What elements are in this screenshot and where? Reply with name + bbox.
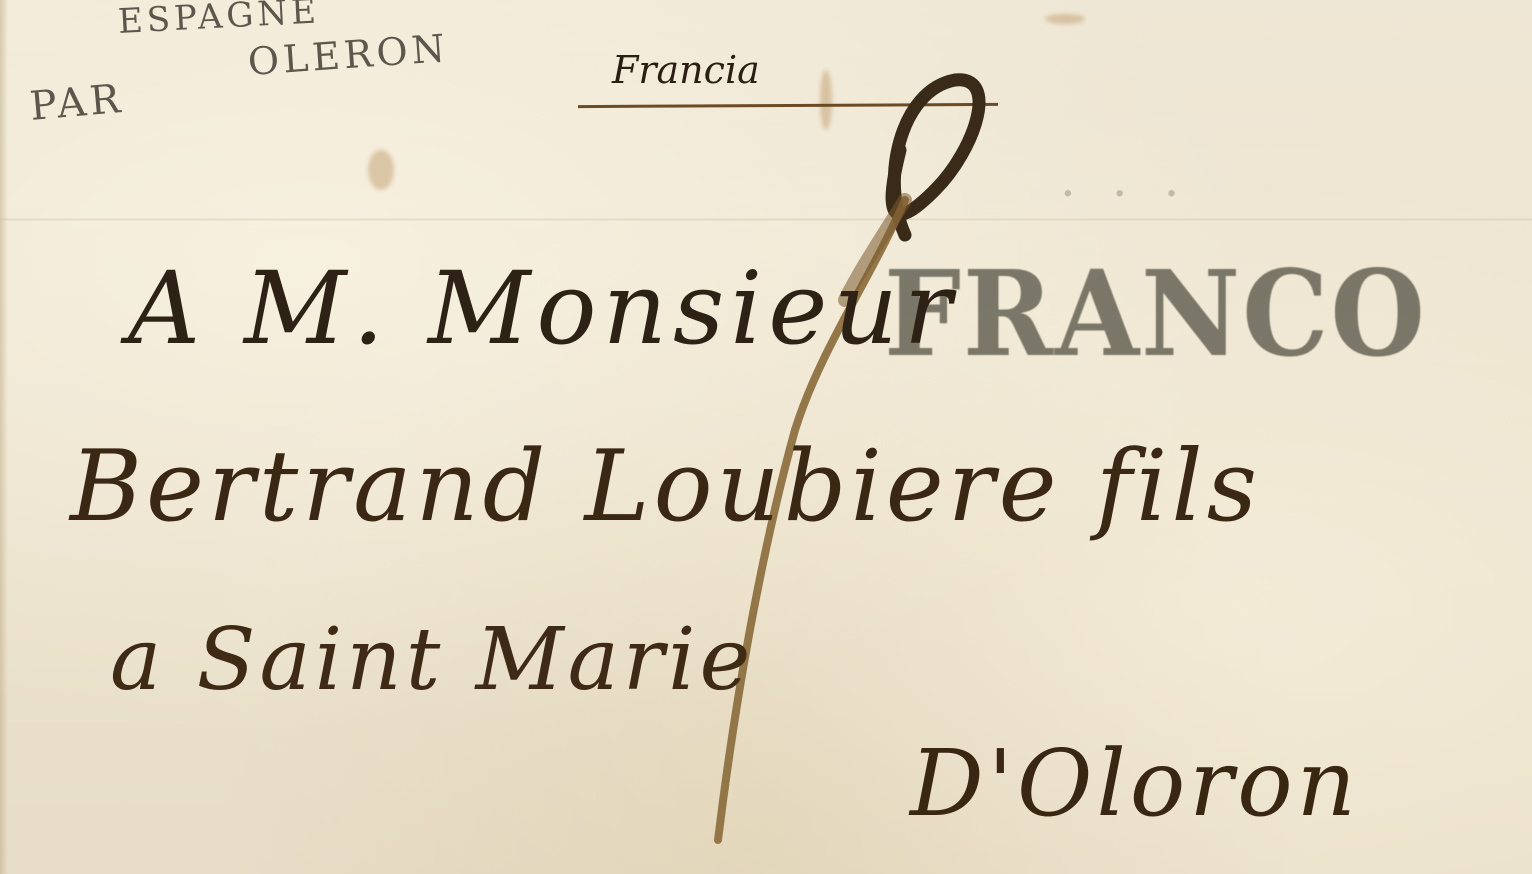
- letter-cover: ESPAGNE OLERON PAR . . . FRANCO Francia …: [0, 0, 1532, 874]
- address-name: Bertrand Loubiere fils: [70, 430, 1261, 544]
- address-salutation: A M. Monsieur: [128, 250, 958, 367]
- address-city: D'Oloron: [910, 730, 1360, 837]
- address-town: a Saint Marie: [110, 610, 754, 710]
